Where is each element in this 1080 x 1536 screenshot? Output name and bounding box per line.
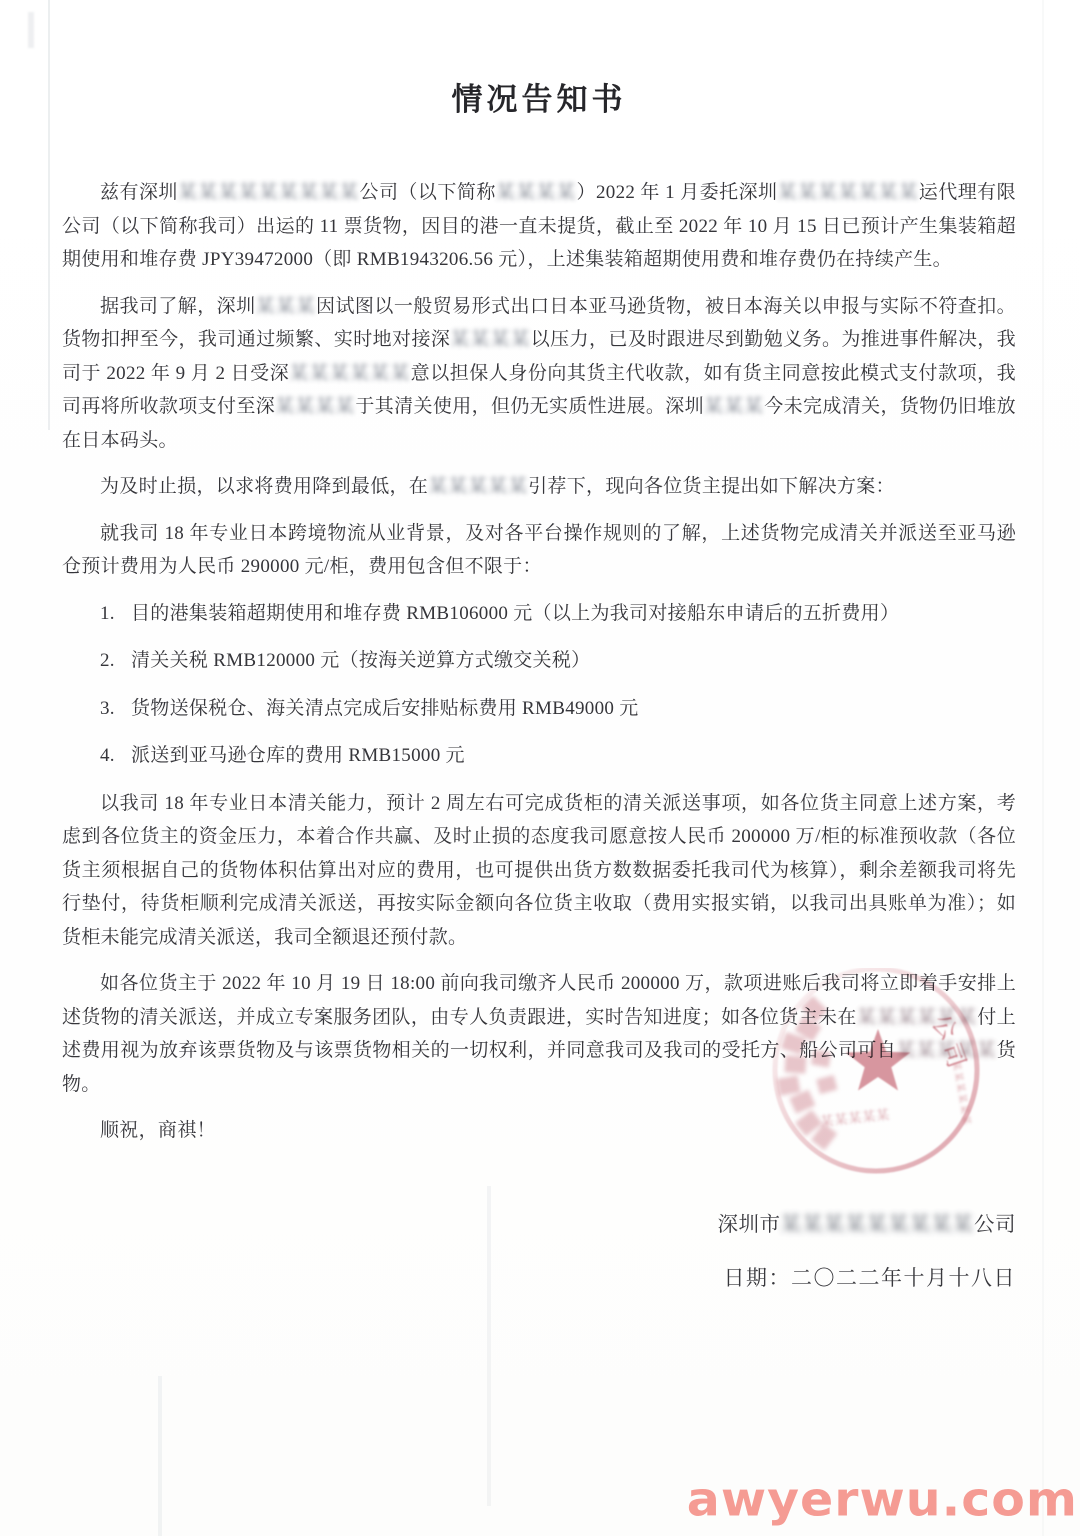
scan-artifact-line <box>48 0 50 430</box>
redacted-text: 某某某某 <box>496 182 577 203</box>
paragraph: 就我司 18 年专业日本跨境物流从业背景，及对各平台操作规则的了解，上述货物完成… <box>62 517 1016 584</box>
scan-artifact-line <box>1042 0 1044 1536</box>
text-segment: 深圳市 <box>718 1214 781 1236</box>
letter-content: 情况告知书 兹有深圳某某某某某某某某某公司（以下简称某某某某）2022 年 1 … <box>62 80 1016 1295</box>
redacted-text: 某某某 <box>704 396 764 417</box>
redacted-text: 某某某 <box>256 296 316 317</box>
text-segment: 派送到亚马逊仓库的费用 RMB15000 元 <box>131 745 465 766</box>
signature-company-line: 深圳市某某某某某某某某某公司 <box>62 1208 1016 1242</box>
list-number: 4. <box>100 739 131 773</box>
redacted-text: 某某某某某某 <box>857 1007 978 1028</box>
text-segment: 货物送保税仓、海关清点完成后安排贴标费用 RMB49000 元 <box>131 698 639 719</box>
watermark: awyerwu.com <box>687 1472 1078 1527</box>
paragraph: 如各位货主于 2022 年 10 月 19 日 18:00 前向我司缴齐人民币 … <box>62 967 1016 1101</box>
text-segment: ）2022 年 1 月委托深圳 <box>577 182 778 203</box>
document-title: 情况告知书 <box>62 80 1016 120</box>
text-segment: 顺祝，商祺！ <box>100 1120 216 1141</box>
redacted-text: 某某某某 <box>275 396 355 417</box>
text-segment: 就我司 18 年专业日本跨境物流从业背景，及对各平台操作规则的了解，上述货物完成… <box>62 523 1016 578</box>
text-segment: 公司（以下简称 <box>359 182 495 203</box>
redacted-text: 某某某某 <box>450 329 530 350</box>
paragraph: 以我司 18 年专业日本清关能力，预计 2 周左右可完成货柜的清关派送事项，如各… <box>62 787 1016 955</box>
text-segment: 公司 <box>974 1214 1016 1236</box>
text-segment: 兹有深圳 <box>100 182 178 203</box>
paragraph: 据我司了解，深圳某某某因试图以一般贸易形式出口日本亚马逊货物，被日本海关以申报与… <box>62 290 1016 458</box>
redacted-text: 某某某某某某某某某 <box>178 182 360 203</box>
list-item: 1.目的港集装箱超期使用和堆存费 RMB106000 元（以上为我司对接船东申请… <box>62 597 1016 631</box>
text-segment: 目的港集装箱超期使用和堆存费 RMB106000 元（以上为我司对接船东申请后的… <box>131 603 899 624</box>
text-segment: 以我司 18 年专业日本清关能力，预计 2 周左右可完成货柜的清关派送事项，如各… <box>62 793 1016 948</box>
scanned-letter-page: 情况告知书 兹有深圳某某某某某某某某某公司（以下简称某某某某）2022 年 1 … <box>0 0 1080 1536</box>
text-segment: 于其清关使用，但仍无实质性进展。深圳 <box>355 396 704 417</box>
signature-block: 深圳市某某某某某某某某某公司 日期：二〇二二年十月十八日 <box>62 1208 1016 1295</box>
list-number: 2. <box>100 644 131 678</box>
list-item: 3.货物送保税仓、海关清点完成后安排贴标费用 RMB49000 元 <box>62 692 1016 726</box>
redacted-text: 某某某某某某某 <box>778 182 919 203</box>
redacted-text: 某某某某某 <box>896 1040 997 1061</box>
redacted-text: 某某某某某 <box>428 476 528 497</box>
list-item: 4.派送到亚马逊仓库的费用 RMB15000 元 <box>62 739 1016 773</box>
paragraph: 为及时止损，以求将费用降到最低，在某某某某某引荐下，现向各位货主提出如下解决方案… <box>62 470 1016 504</box>
list-number: 3. <box>100 692 131 726</box>
text-segment: 清关关税 RMB120000 元（按海关逆算方式缴交关税） <box>131 650 590 671</box>
text-segment: 据我司了解，深圳 <box>100 296 256 317</box>
paragraph: 兹有深圳某某某某某某某某某公司（以下简称某某某某）2022 年 1 月委托深圳某… <box>62 176 1016 277</box>
list-number: 1. <box>100 597 131 631</box>
text-segment: 为及时止损，以求将费用降到最低，在 <box>100 476 428 497</box>
paragraph: 顺祝，商祺！ <box>62 1114 1016 1148</box>
scan-artifact-smudge <box>28 12 34 48</box>
scan-artifact-line <box>158 1376 162 1536</box>
signature-date-line: 日期：二〇二二年十月十八日 <box>62 1261 1016 1295</box>
text-segment: 引荐下，现向各位货主提出如下解决方案： <box>528 476 895 497</box>
redacted-text: 某某某某某某某某某 <box>781 1214 975 1236</box>
document-body: 兹有深圳某某某某某某某某某公司（以下简称某某某某）2022 年 1 月委托深圳某… <box>62 176 1016 1148</box>
list-item: 2.清关关税 RMB120000 元（按海关逆算方式缴交关税） <box>62 644 1016 678</box>
redacted-text: 某某某某某某 <box>289 363 410 384</box>
